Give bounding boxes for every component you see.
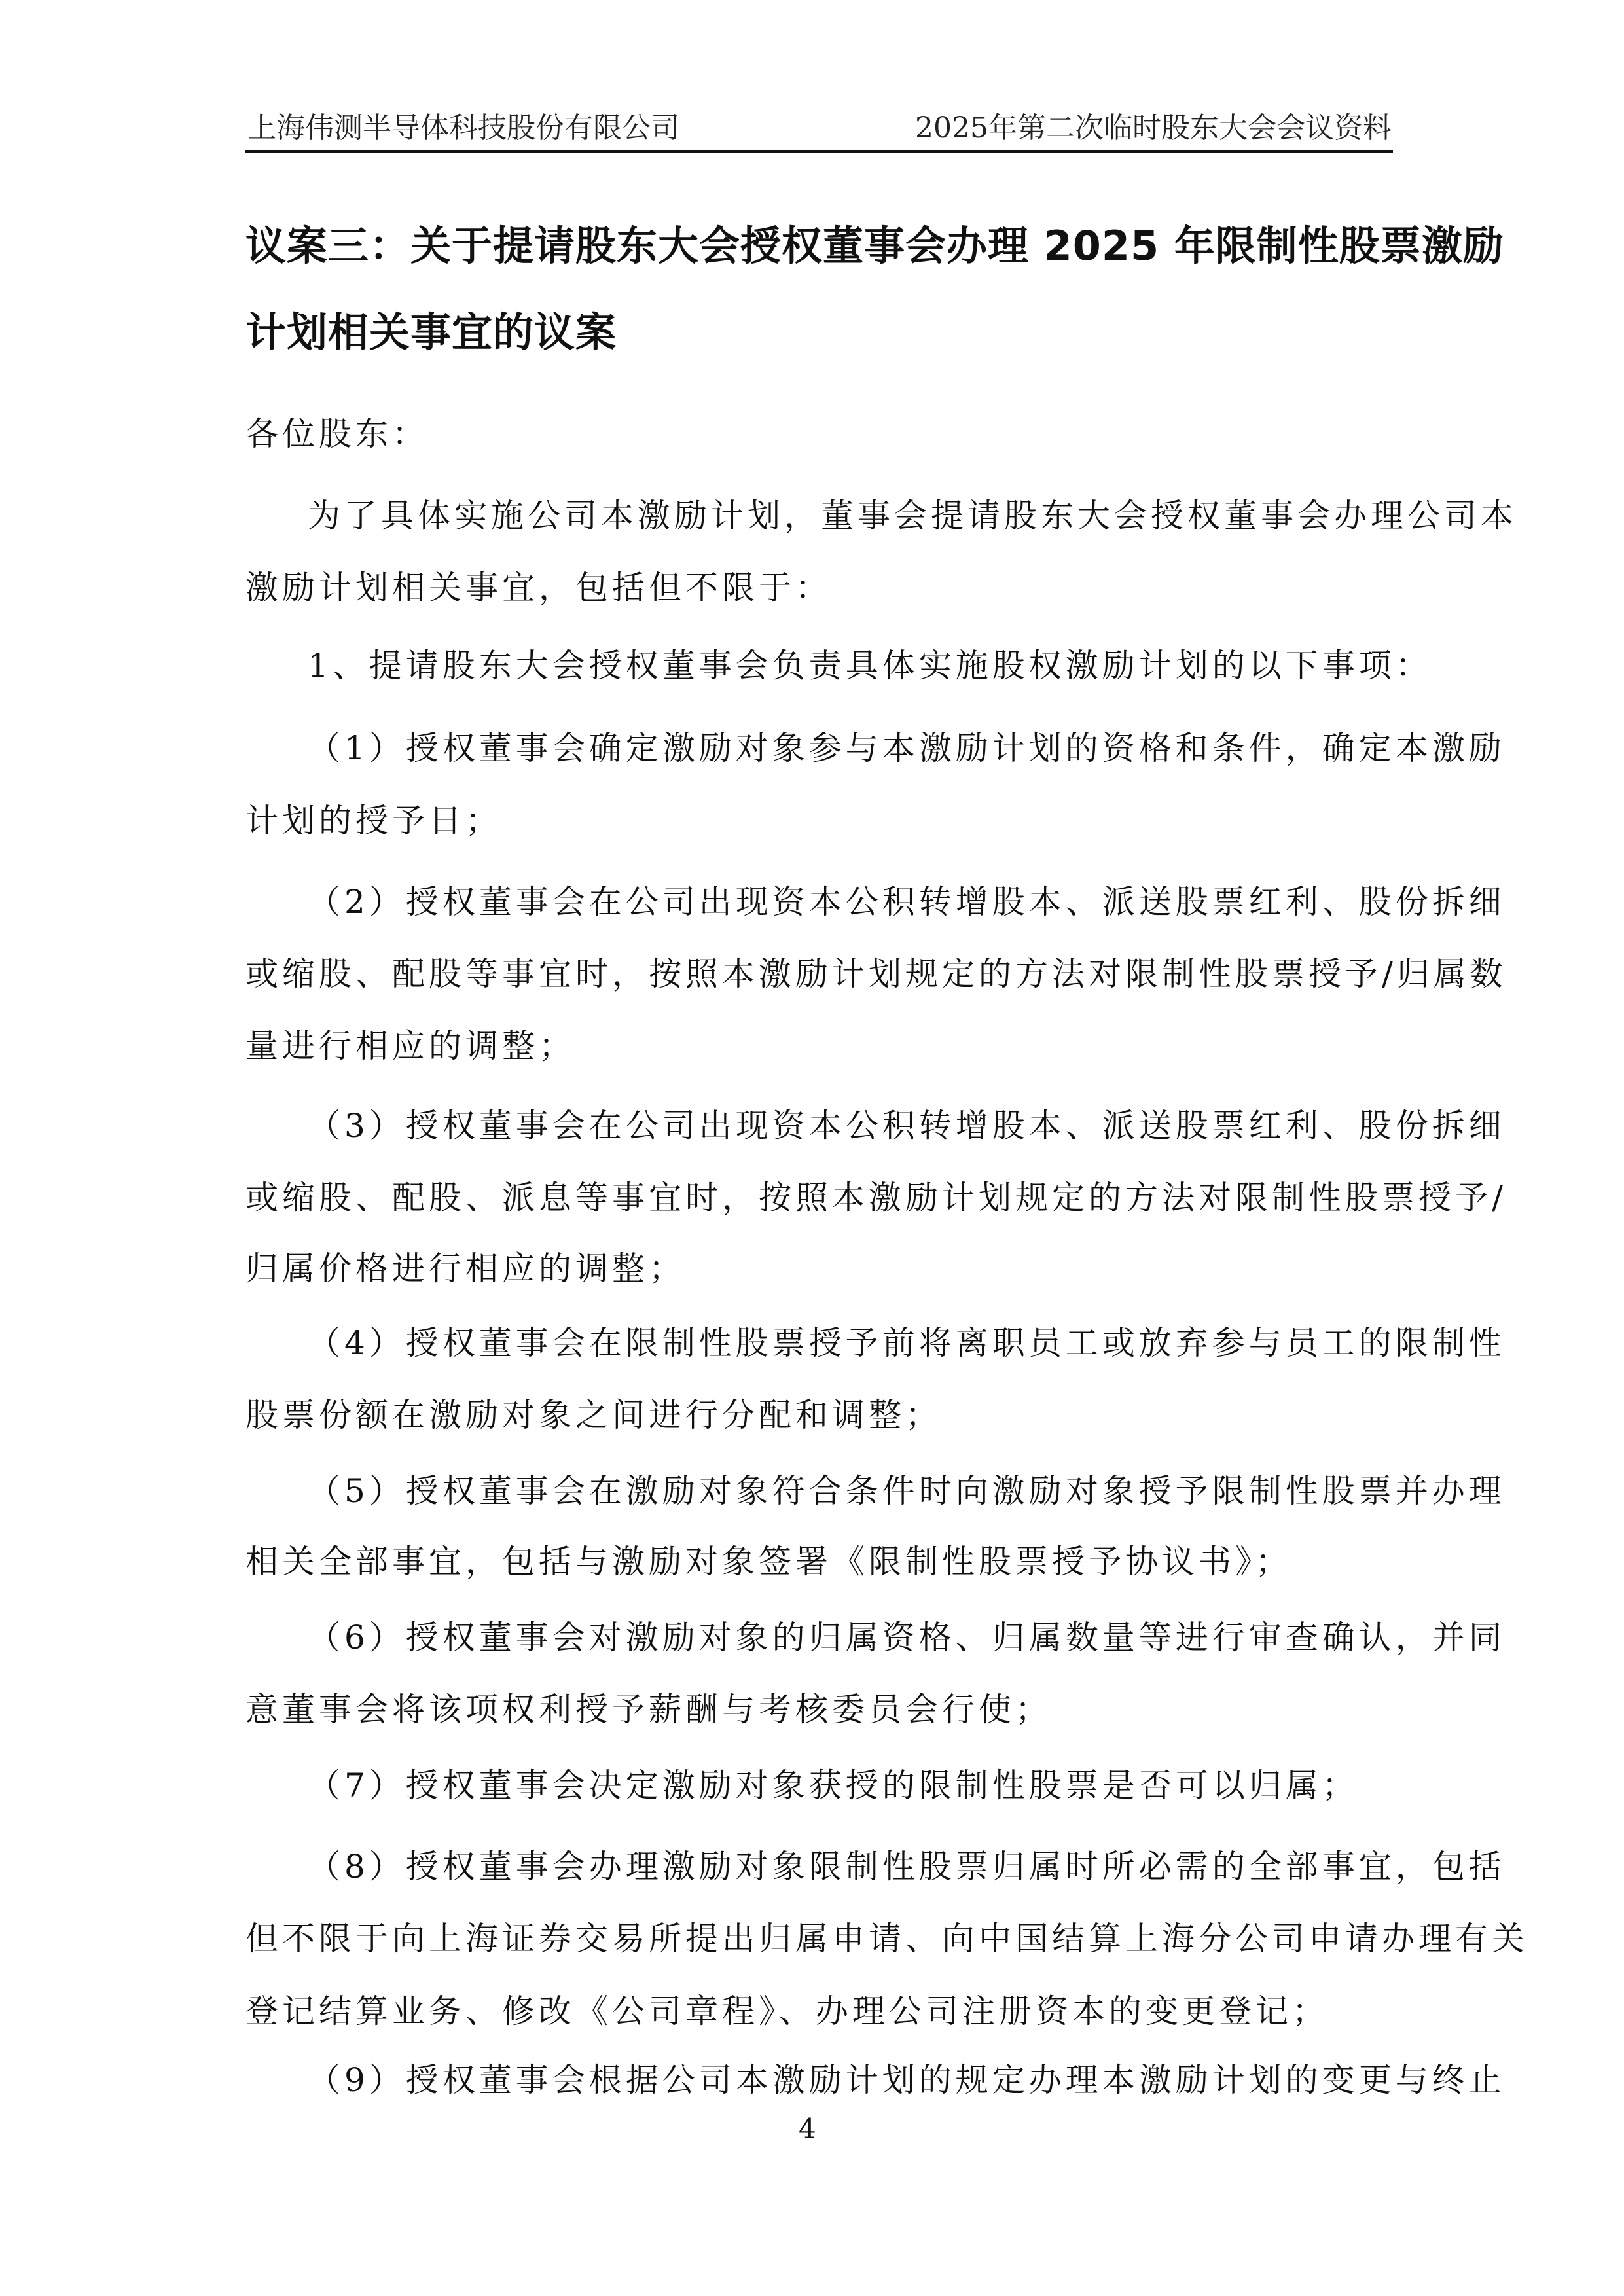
item-2-line-3: 量进行相应的调整； [245, 1026, 575, 1066]
intro-line-2: 激励计划相关事宜，包括但不限于： [245, 568, 832, 607]
page-number: 4 [799, 2113, 816, 2145]
item-4-line-1: （4）授权董事会在限制性股票授予前将离职员工或放弃参与员工的限制性 [308, 1323, 1506, 1363]
item-1-line-1: （1）授权董事会确定激励对象参与本激励计划的资格和条件，确定本激励 [308, 728, 1506, 768]
salutation: 各位股东： [245, 414, 429, 454]
item-1-line-2: 计划的授予日； [245, 801, 502, 840]
item-3-line-2: 或缩股、配股、派息等事宜时，按照本激励计划规定的方法对限制性股票授予/ [245, 1178, 1507, 1217]
item-9-line-1: （9）授权董事会根据公司本激励计划的规定办理本激励计划的变更与终止 [308, 2060, 1506, 2100]
item-5-line-2: 相关全部事宜，包括与激励对象签署《限制性股票授予协议书》； [245, 1542, 1292, 1581]
item-8-line-1: （8）授权董事会办理激励对象限制性股票归属时所必需的全部事宜，包括 [308, 1847, 1506, 1886]
intro-line-1: 为了具体实施公司本激励计划，董事会提请股东大会授权董事会办理公司本 [308, 496, 1517, 535]
section-1-heading: 1、提请股东大会授权董事会负责具体实施股权激励计划的以下事项： [308, 646, 1432, 685]
item-5-line-1: （5）授权董事会在激励对象符合条件时向激励对象授予限制性股票并办理 [308, 1471, 1506, 1511]
header-divider [245, 150, 1393, 153]
item-3-line-1: （3）授权董事会在公司出现资本公积转增股本、派送股票红利、股份拆细 [308, 1106, 1506, 1145]
item-2-line-2: 或缩股、配股等事宜时，按照本激励计划规定的方法对限制性股票授予/归属数 [245, 954, 1507, 994]
proposal-title-line-1: 议案三：关于提请股东大会授权董事会办理 2025 年限制性股票激励 [245, 221, 1504, 271]
header-company-name: 上海伟测半导体科技股份有限公司 [247, 111, 679, 145]
proposal-title-line-2: 计划相关事宜的议案 [245, 308, 617, 357]
item-6-line-2: 意董事会将该项权利授予薪酬与考核委员会行使； [245, 1690, 1052, 1729]
item-8-line-3: 登记结算业务、修改《公司章程》、办理公司注册资本的变更登记； [245, 1992, 1329, 2031]
item-3-line-3: 归属价格进行相应的调整； [245, 1249, 685, 1288]
header-document-title: 2025年第二次临时股东大会会议资料 [915, 111, 1392, 145]
item-4-line-2: 股票份额在激励对象之间进行分配和调整； [245, 1395, 942, 1435]
item-7-line-1: （7）授权董事会决定激励对象获授的限制性股票是否可以归属； [308, 1766, 1359, 1805]
item-8-line-2: 但不限于向上海证券交易所提出归属申请、向中国结算上海分公司申请办理有关 [245, 1919, 1528, 1958]
item-6-line-1: （6）授权董事会对激励对象的归属资格、归属数量等进行审查确认，并同 [308, 1618, 1506, 1657]
item-2-line-1: （2）授权董事会在公司出现资本公积转增股本、派送股票红利、股份拆细 [308, 882, 1506, 922]
